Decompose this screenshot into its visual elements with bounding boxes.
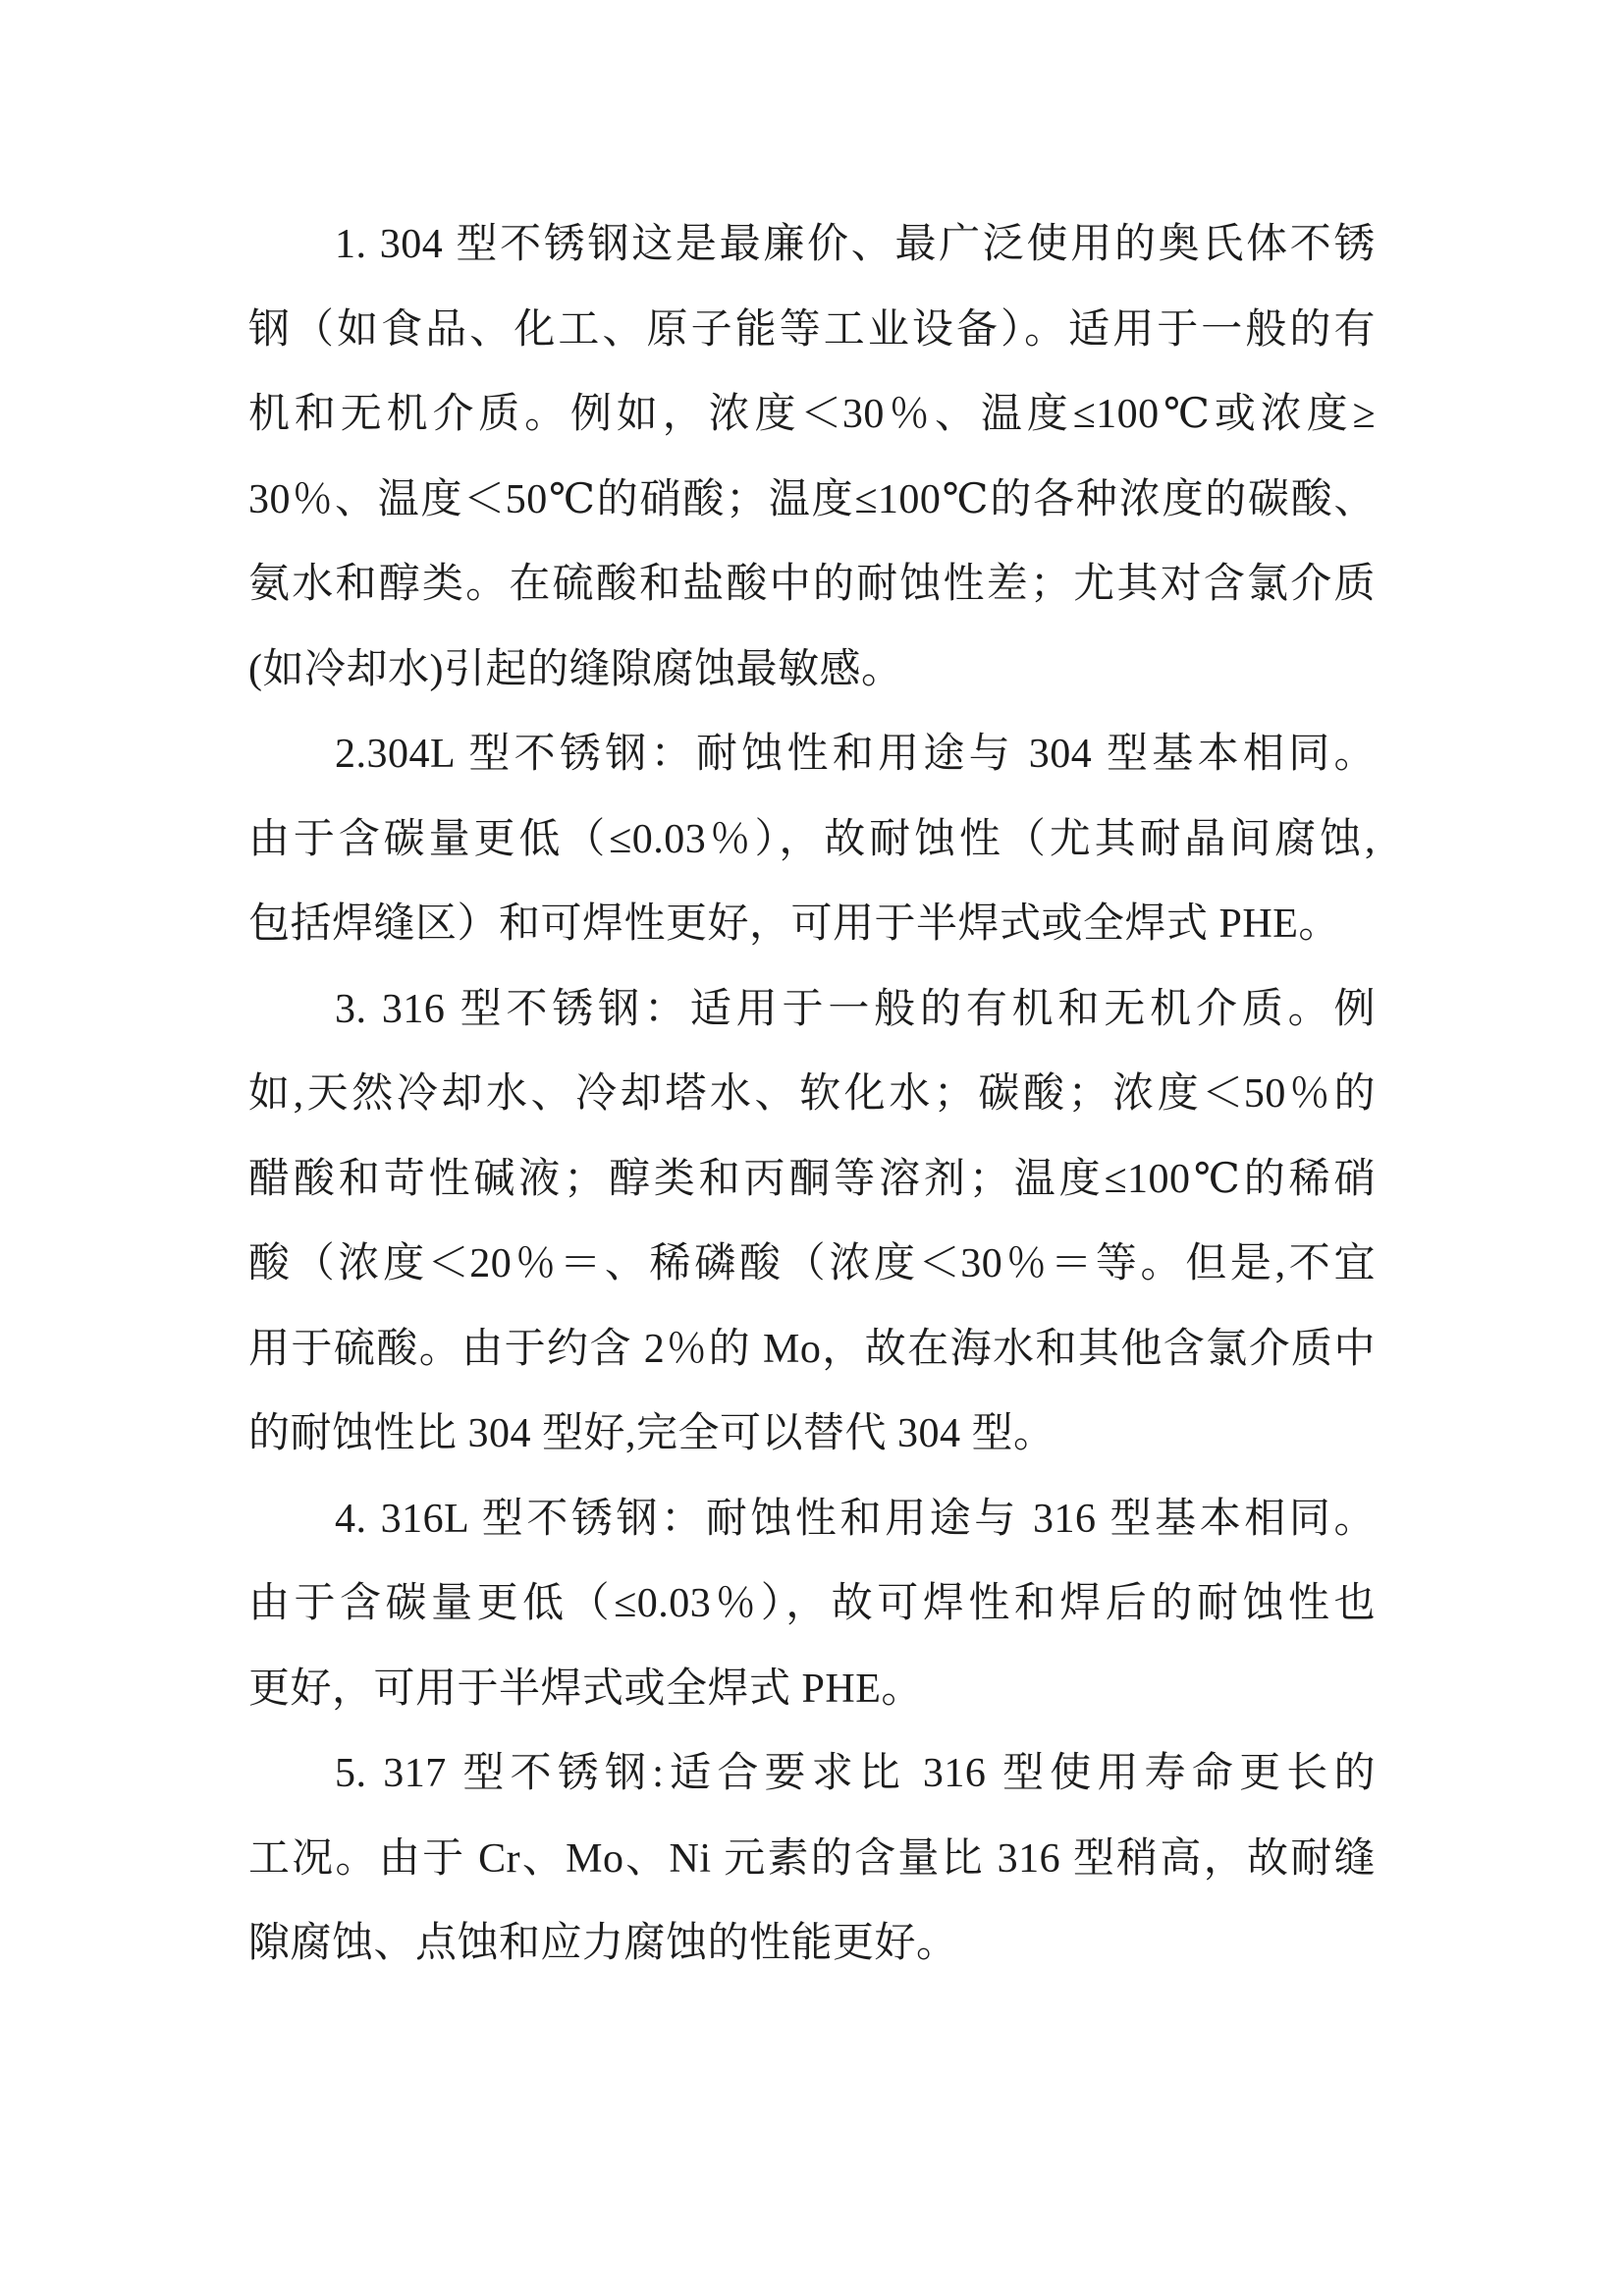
text-line: 用于硫酸。由于约含 2％的 Mo，故在海水和其他含氯介质中 bbox=[248, 1307, 1376, 1393]
text-line: 更好，可用于半焊式或全焊式 PHE。 bbox=[248, 1647, 1376, 1732]
document-body: 1. 304 型不锈钢这是最廉价、最广泛使用的奥氏体不锈钢（如食品、化工、原子能… bbox=[248, 202, 1376, 1987]
text-line: 5. 317 型不锈钢:适合要求比 316 型使用寿命更长的 bbox=[248, 1731, 1376, 1817]
text-line: 如,天然冷却水、冷却塔水、软化水；碳酸；浓度＜50％的 bbox=[248, 1052, 1376, 1137]
paragraph-1: 1. 304 型不锈钢这是最廉价、最广泛使用的奥氏体不锈钢（如食品、化工、原子能… bbox=[248, 202, 1376, 712]
text-line: (如冷却水)引起的缝隙腐蚀最敏感。 bbox=[248, 628, 1376, 713]
text-line: 隙腐蚀、点蚀和应力腐蚀的性能更好。 bbox=[248, 1901, 1376, 1987]
text-line: 包括焊缝区）和可焊性更好，可用于半焊式或全焊式 PHE。 bbox=[248, 882, 1376, 967]
paragraph-2: 2.304L 型不锈钢：耐蚀性和用途与 304 型基本相同。由于含碳量更低（≤0… bbox=[248, 712, 1376, 967]
text-line: 醋酸和苛性碱液；醇类和丙酮等溶剂；温度≤100℃的稀硝 bbox=[248, 1137, 1376, 1223]
text-line: 由于含碳量更低（≤0.03％），故可焊性和焊后的耐蚀性也 bbox=[248, 1561, 1376, 1647]
text-line: 2.304L 型不锈钢：耐蚀性和用途与 304 型基本相同。 bbox=[248, 712, 1376, 797]
text-line: 钢（如食品、化工、原子能等工业设备）。适用于一般的有 bbox=[248, 288, 1376, 373]
text-line: 酸（浓度＜20％＝、稀磷酸（浓度＜30％＝等。但是,不宜 bbox=[248, 1222, 1376, 1307]
paragraph-4: 4. 316L 型不锈钢：耐蚀性和用途与 316 型基本相同。由于含碳量更低（≤… bbox=[248, 1477, 1376, 1732]
text-line: 机和无机介质。例如，浓度＜30％、温度≤100℃或浓度≥ bbox=[248, 372, 1376, 458]
text-line: 1. 304 型不锈钢这是最廉价、最广泛使用的奥氏体不锈 bbox=[248, 202, 1376, 288]
paragraph-3: 3. 316 型不锈钢：适用于一般的有机和无机介质。例如,天然冷却水、冷却塔水、… bbox=[248, 967, 1376, 1477]
text-line: 的耐蚀性比 304 型好,完全可以替代 304 型。 bbox=[248, 1392, 1376, 1477]
text-line: 4. 316L 型不锈钢：耐蚀性和用途与 316 型基本相同。 bbox=[248, 1477, 1376, 1562]
text-line: 由于含碳量更低（≤0.03％），故耐蚀性（尤其耐晶间腐蚀, bbox=[248, 797, 1376, 883]
text-line: 氨水和醇类。在硫酸和盐酸中的耐蚀性差；尤其对含氯介质 bbox=[248, 542, 1376, 628]
text-line: 工况。由于 Cr、Mo、Ni 元素的含量比 316 型稍高，故耐缝 bbox=[248, 1817, 1376, 1902]
document-page: 1. 304 型不锈钢这是最廉价、最广泛使用的奥氏体不锈钢（如食品、化工、原子能… bbox=[0, 0, 1623, 2296]
text-line: 3. 316 型不锈钢：适用于一般的有机和无机介质。例 bbox=[248, 967, 1376, 1053]
paragraph-5: 5. 317 型不锈钢:适合要求比 316 型使用寿命更长的工况。由于 Cr、M… bbox=[248, 1731, 1376, 1987]
text-line: 30％、温度＜50℃的硝酸；温度≤100℃的各种浓度的碳酸、 bbox=[248, 458, 1376, 543]
